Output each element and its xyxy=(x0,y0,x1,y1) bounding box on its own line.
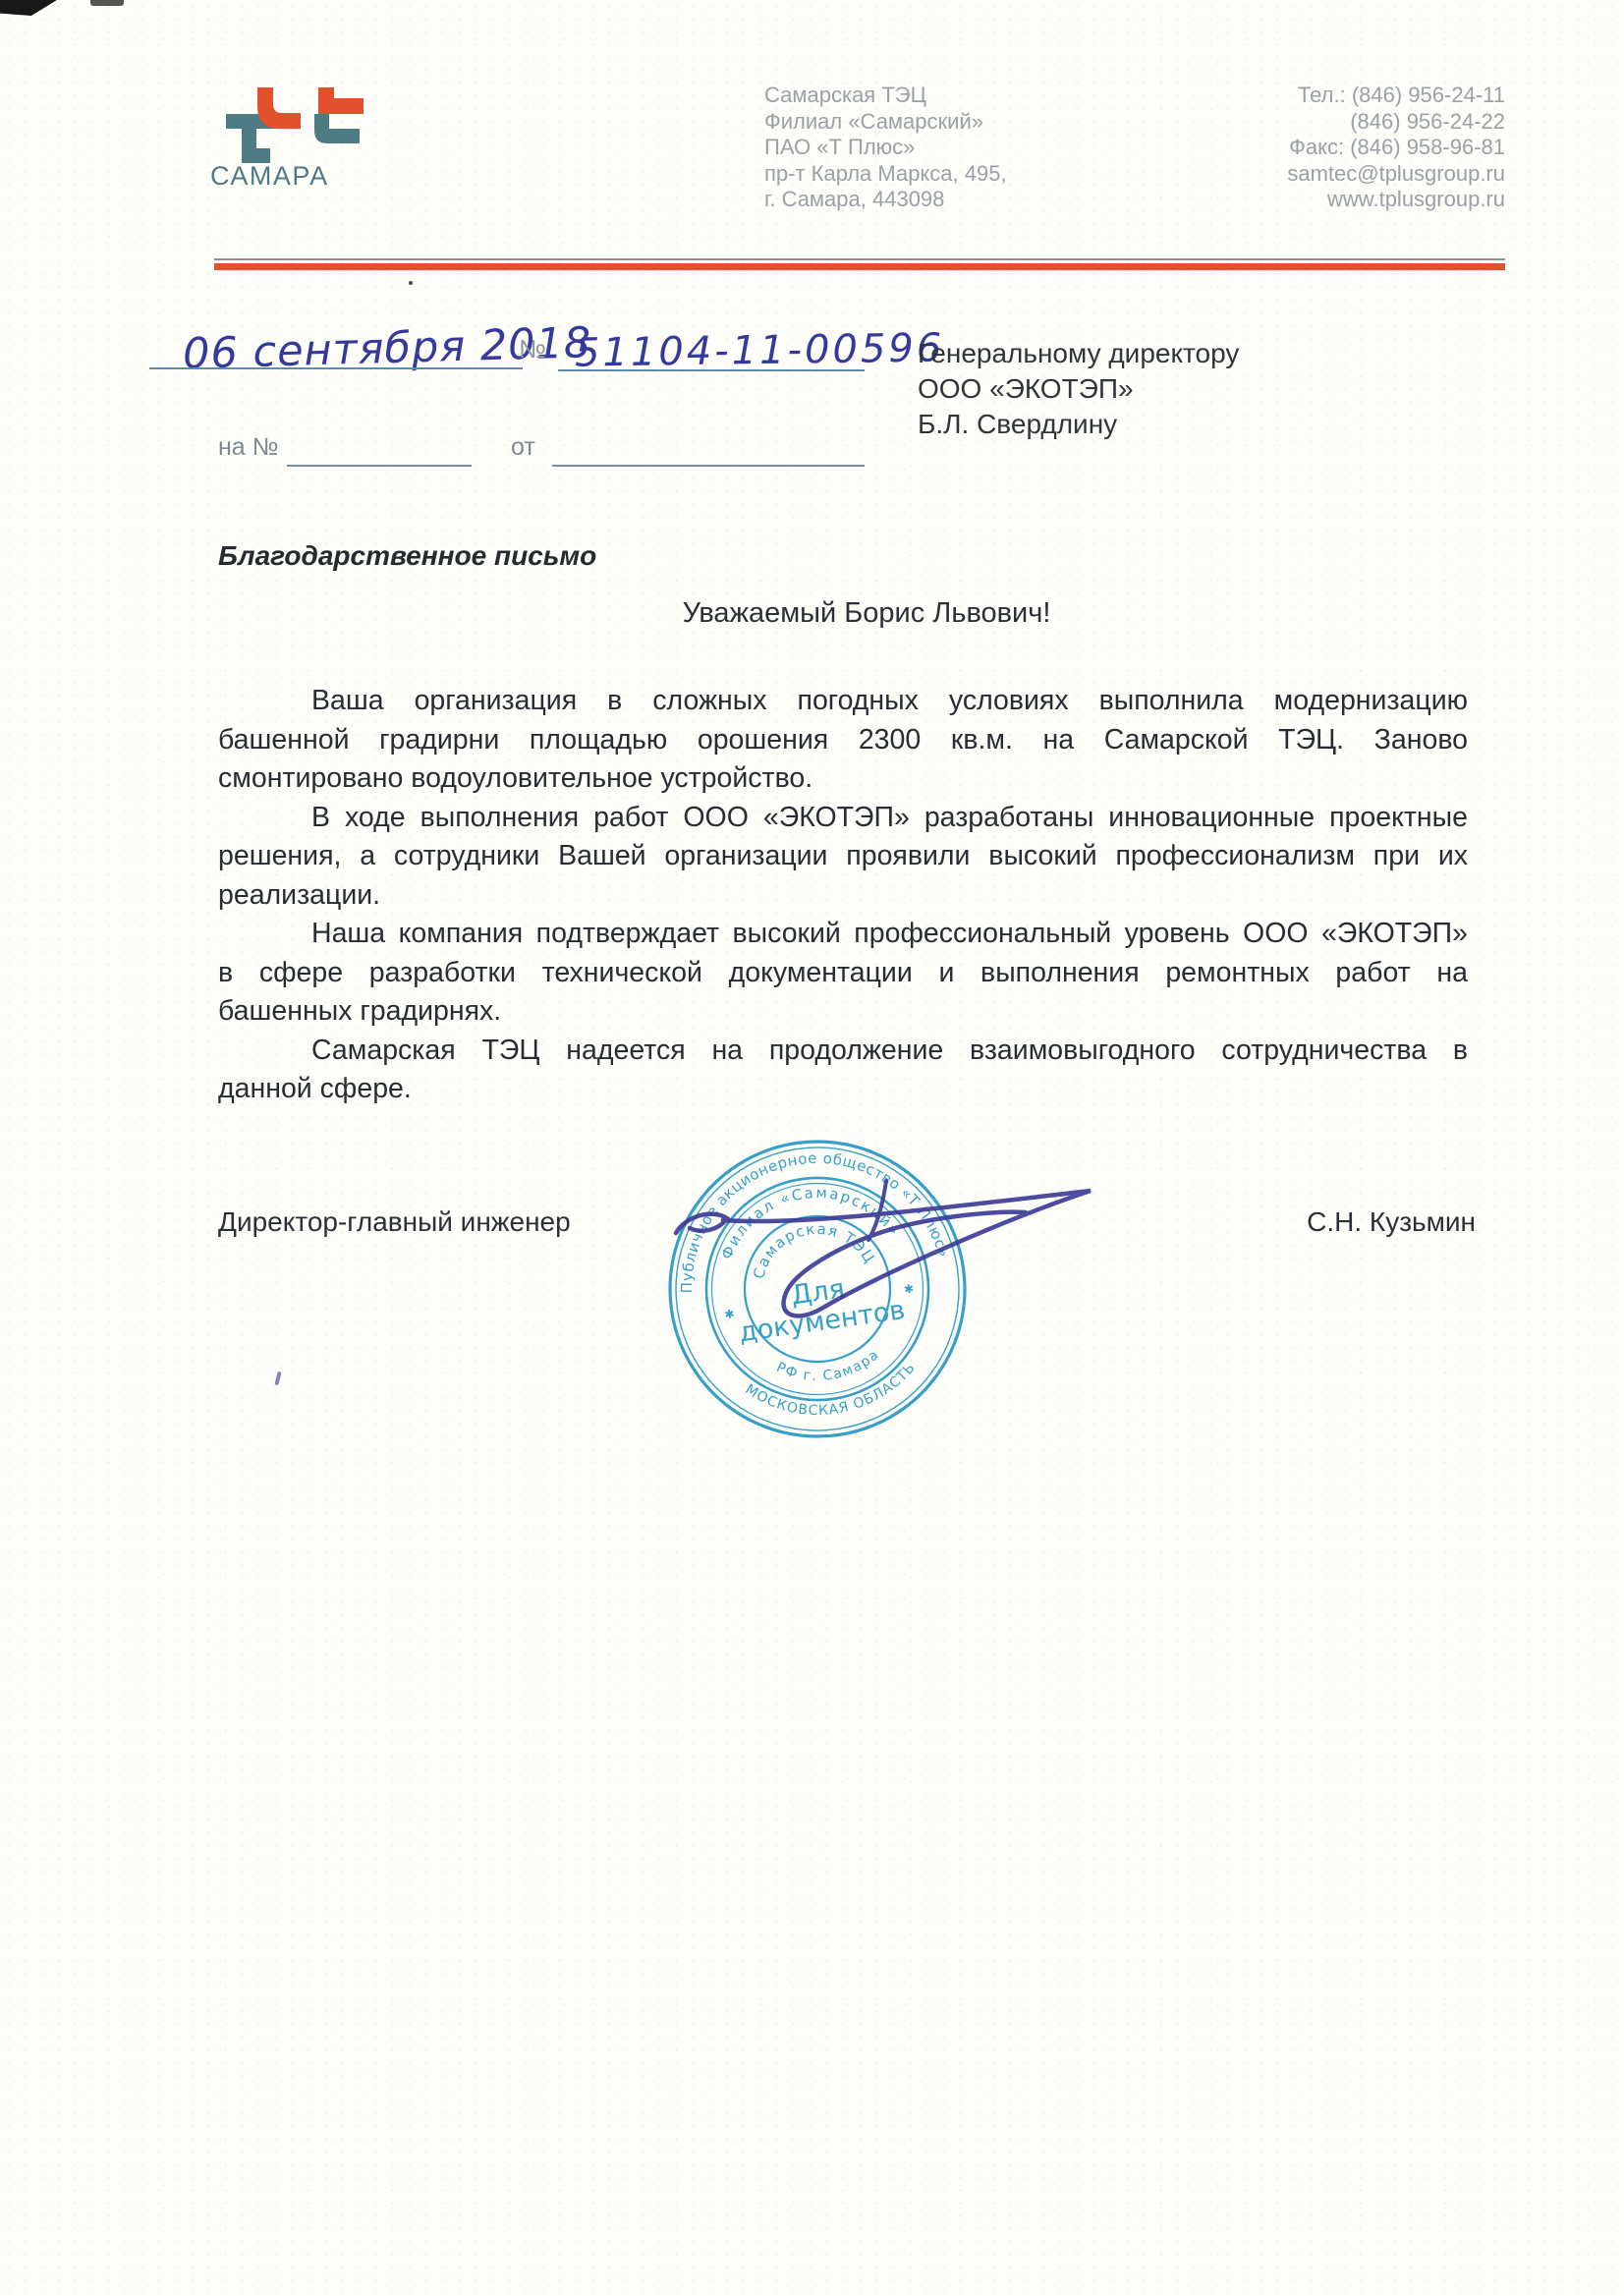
body-line: в сфере разработки технической документа… xyxy=(218,954,1468,993)
from-blank-line xyxy=(552,465,865,467)
signature-loop xyxy=(676,1214,727,1233)
handwritten-ref-number: 51104-11-00596 xyxy=(575,325,945,375)
body-line: В ходе выполнения работ ООО «ЭКОТЭП» раз… xyxy=(218,799,1468,838)
recipient-title: Генеральному директору xyxy=(918,336,1239,371)
stray-pen-mark xyxy=(274,1372,281,1386)
on-number-blank-line xyxy=(287,465,472,467)
sender-line: Самарская ТЭЦ xyxy=(764,83,1007,109)
divider-gray-rule xyxy=(214,258,1505,260)
phone-line: (846) 956-24-22 xyxy=(1110,109,1505,136)
body-line: башенной градирни площадью орошения 2300… xyxy=(218,721,1468,760)
signatory-title: Директор-главный инженер xyxy=(218,1206,571,1238)
body-line: смонтировано водоуловительное устройство… xyxy=(218,759,1468,799)
pen-signature xyxy=(629,1130,1140,1346)
body-line: Самарская ТЭЦ надеется на продолжение вз… xyxy=(218,1032,1468,1071)
scanned-letter-page: САМАРА Самарская ТЭЦ Филиал «Самарский» … xyxy=(0,0,1624,2296)
email-line: samtec@tplusgroup.ru xyxy=(1110,161,1505,188)
sender-line: Филиал «Самарский» xyxy=(764,109,1007,136)
greeting-line: Уважаемый Борис Львович! xyxy=(248,597,1485,630)
recipient-block: Генеральному директору ООО «ЭКОТЭП» Б.Л.… xyxy=(918,336,1239,442)
scan-artifact-top xyxy=(90,0,124,6)
scan-dot xyxy=(409,281,413,285)
signature-flourish xyxy=(723,1191,1091,1316)
number-underline xyxy=(558,369,865,371)
divider-orange-rule xyxy=(214,263,1505,270)
body-line: данной сфере. xyxy=(218,1070,1468,1109)
recipient-person: Б.Л. Свердлину xyxy=(918,407,1239,442)
tplus-logo-icon xyxy=(224,83,379,169)
letter-subject: Благодарственное письмо xyxy=(218,540,596,572)
fax-line: Факс: (846) 958-96-81 xyxy=(1110,135,1505,161)
sender-line: г. Самара, 443098 xyxy=(764,187,1007,213)
scan-artifact-corner xyxy=(0,0,57,16)
number-sign-label: № xyxy=(519,334,546,364)
body-line: реализации. xyxy=(218,876,1468,916)
body-line: решения, а сотрудники Вашей организации … xyxy=(218,837,1468,876)
phone-line: Тел.: (846) 956-24-11 xyxy=(1110,83,1505,109)
on-number-label: на № xyxy=(218,433,278,462)
sender-line: ПАО «Т Плюс» xyxy=(764,135,1007,161)
website-line: www.tplusgroup.ru xyxy=(1110,187,1505,213)
signatory-name: С.Н. Кузьмин xyxy=(1179,1206,1476,1238)
svg-text:РФ г. Самара: РФ г. Самара xyxy=(772,1345,885,1390)
body-line: башенных градирнях. xyxy=(218,992,1468,1032)
body-line: Наша компания подтверждает высокий профе… xyxy=(218,915,1468,954)
body-line: Ваша организация в сложных погодных усло… xyxy=(218,682,1468,721)
sender-address-block: Самарская ТЭЦ Филиал «Самарский» ПАО «Т … xyxy=(764,83,1007,213)
sender-line: пр-т Карла Маркса, 495, xyxy=(764,161,1007,188)
brand-name: САМАРА xyxy=(210,161,329,192)
letter-body: Ваша организация в сложных погодных усло… xyxy=(218,682,1468,1109)
recipient-company: ООО «ЭКОТЭП» xyxy=(918,371,1239,407)
stamp-middle-bottom-text: РФ г. Самара xyxy=(772,1345,885,1390)
from-label: от xyxy=(511,433,535,462)
date-underline xyxy=(149,367,523,369)
contacts-block: Тел.: (846) 956-24-11 (846) 956-24-22 Фа… xyxy=(1110,83,1505,213)
